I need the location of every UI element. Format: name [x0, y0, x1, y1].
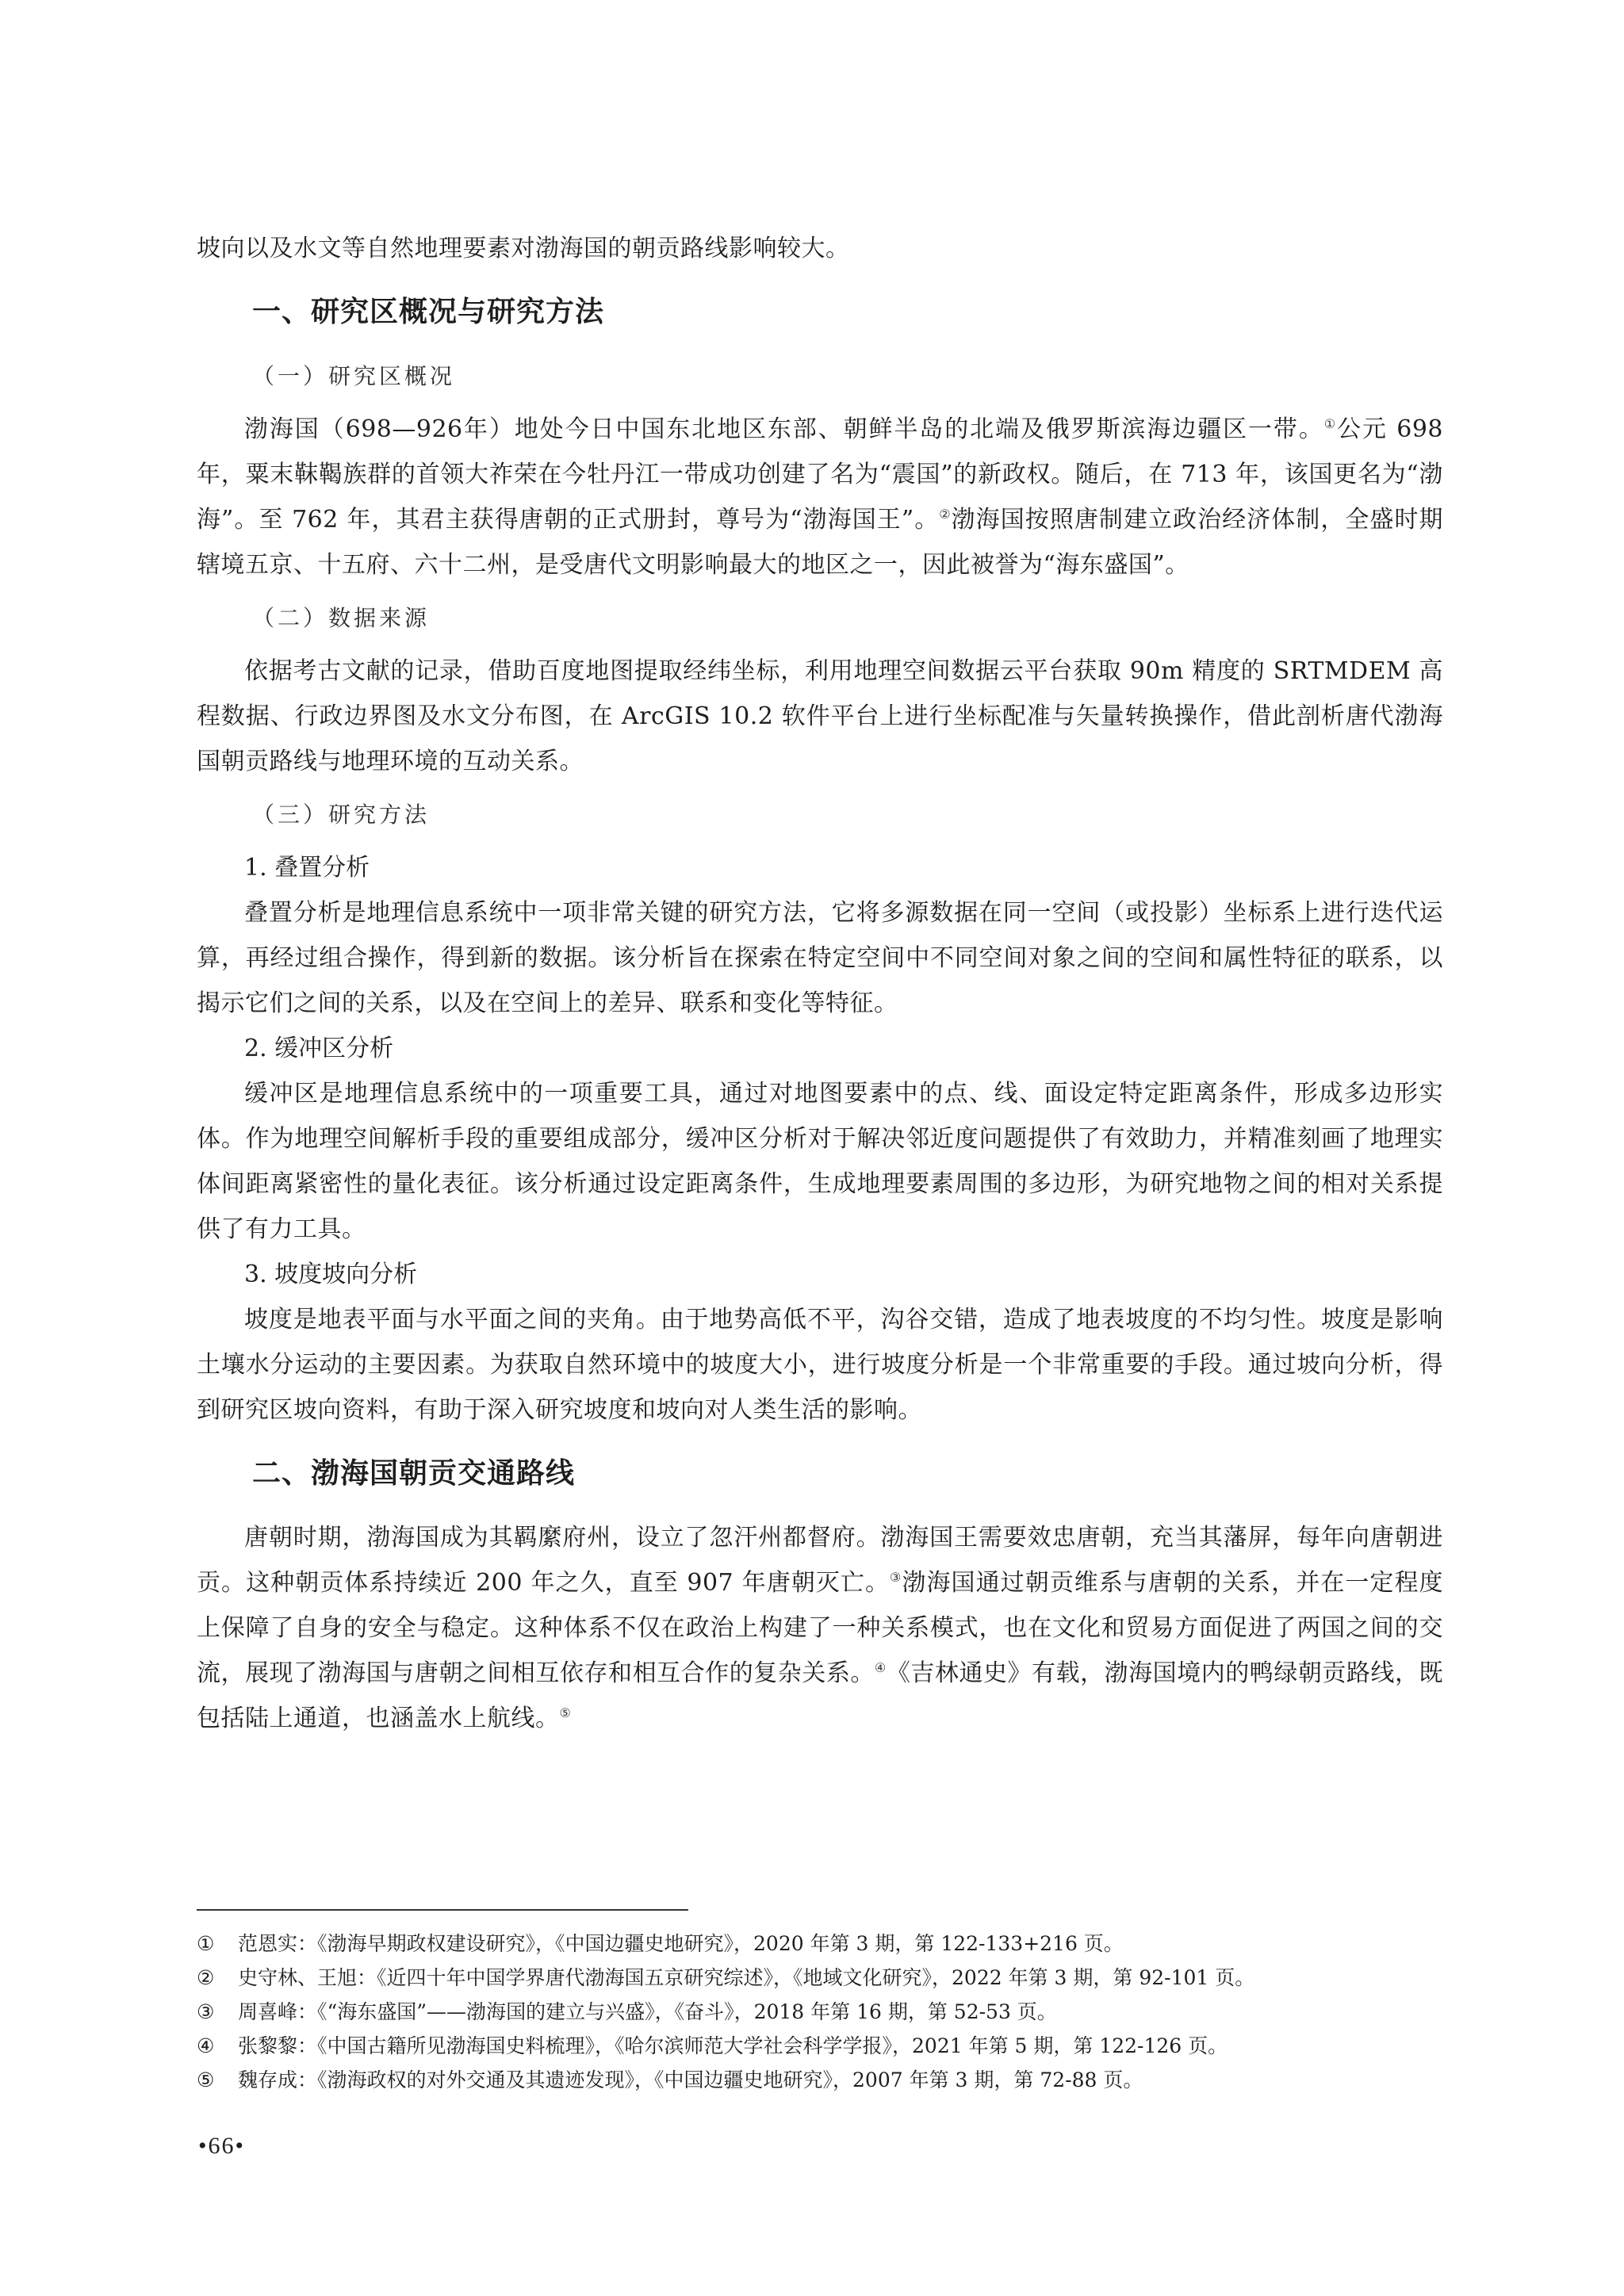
method-title-buffer: 2. 缓冲区分析: [197, 1026, 1443, 1071]
study-area-paragraph: 渤海国（698—926年）地处今日中国东北地区东部、朝鲜半岛的北端及俄罗斯滨海边…: [197, 407, 1443, 587]
subsection-heading-study-area: （一）研究区概况: [197, 354, 1443, 399]
study-area-text-a: 渤海国（698—926年）地处今日中国东北地区东部、朝鲜半岛的北端及俄罗斯滨海边…: [244, 415, 1324, 443]
footnotes: ① 范恩实：《渤海早期政权建设研究》，《中国边疆史地研究》，2020 年第 3 …: [197, 1927, 1450, 2097]
method-text-overlay: 叠置分析是地理信息系统中一项非常关键的研究方法，它将多源数据在同一空间（或投影）…: [197, 890, 1443, 1026]
footnote-ref-4[interactable]: ④: [875, 1660, 887, 1675]
footnote-item: ② 史守林、王旭：《近四十年中国学界唐代渤海国五京研究综述》，《地域文化研究》，…: [197, 1961, 1450, 1995]
footnote-item: ⑤ 魏存成：《渤海政权的对外交通及其遗迹发现》，《中国边疆史地研究》，2007 …: [197, 2063, 1450, 2097]
page-number: •66•: [198, 2133, 245, 2160]
footnote-text: 张黎黎：《中国古籍所见渤海国史料梳理》，《哈尔滨师范大学社会科学学报》，2021…: [238, 2029, 1228, 2063]
footnote-number: ⑤: [197, 2063, 220, 2097]
subsection-heading-methods: （三）研究方法: [197, 792, 1443, 837]
method-text-buffer: 缓冲区是地理信息系统中的一项重要工具，通过对地图要素中的点、线、面设定特定距离条…: [197, 1071, 1443, 1252]
footnote-ref-3[interactable]: ③: [890, 1570, 902, 1585]
footnote-item: ④ 张黎黎：《中国古籍所见渤海国史料梳理》，《哈尔滨师范大学社会科学学报》，20…: [197, 2029, 1450, 2063]
footnote-ref-5[interactable]: ⑤: [560, 1705, 572, 1720]
subsection-heading-data-source: （二）数据来源: [197, 595, 1443, 641]
method-text-slope: 坡度是地表平面与水平面之间的夹角。由于地势高低不平，沟谷交错，造成了地表坡度的不…: [197, 1297, 1443, 1433]
footnote-item: ① 范恩实：《渤海早期政权建设研究》，《中国边疆史地研究》，2020 年第 3 …: [197, 1927, 1450, 1961]
data-source-paragraph: 依据考古文献的记录，借助百度地图提取经纬坐标，利用地理空间数据云平台获取 90m…: [197, 649, 1443, 784]
method-title-overlay: 1. 叠置分析: [197, 845, 1443, 890]
method-title-slope: 3. 坡度坡向分析: [197, 1252, 1443, 1297]
footnote-ref-2[interactable]: ②: [939, 507, 951, 522]
footnote-text: 范恩实：《渤海早期政权建设研究》，《中国边疆史地研究》，2020 年第 3 期，…: [238, 1927, 1124, 1961]
footnote-number: ①: [197, 1927, 220, 1961]
footnote-number: ④: [197, 2029, 220, 2063]
page-body: 坡向以及水文等自然地理要素对渤海国的朝贡路线影响较大。 一、研究区概况与研究方法…: [197, 226, 1443, 1741]
footnote-text: 魏存成：《渤海政权的对外交通及其遗迹发现》，《中国边疆史地研究》，2007 年第…: [238, 2063, 1143, 2097]
footnote-text: 周喜峰：《“海东盛国”——渤海国的建立与兴盛》，《奋斗》，2018 年第 16 …: [238, 1995, 1057, 2029]
footnote-text: 史守林、王旭：《近四十年中国学界唐代渤海国五京研究综述》，《地域文化研究》，20…: [238, 1961, 1254, 1995]
section-heading-2: 二、渤海国朝贡交通路线: [197, 1450, 1443, 1498]
footnote-divider: [197, 1909, 688, 1911]
footnote-item: ③ 周喜峰：《“海东盛国”——渤海国的建立与兴盛》，《奋斗》，2018 年第 1…: [197, 1995, 1450, 2029]
tribute-route-paragraph: 唐朝时期，渤海国成为其羁縻府州，设立了忽汗州都督府。渤海国王需要效忠唐朝，充当其…: [197, 1515, 1443, 1741]
footnote-number: ③: [197, 1995, 220, 2029]
intro-tail-paragraph: 坡向以及水文等自然地理要素对渤海国的朝贡路线影响较大。: [197, 226, 1443, 271]
footnote-number: ②: [197, 1961, 220, 1995]
section-heading-1: 一、研究区概况与研究方法: [197, 289, 1443, 336]
footnote-ref-1[interactable]: ①: [1324, 416, 1337, 431]
